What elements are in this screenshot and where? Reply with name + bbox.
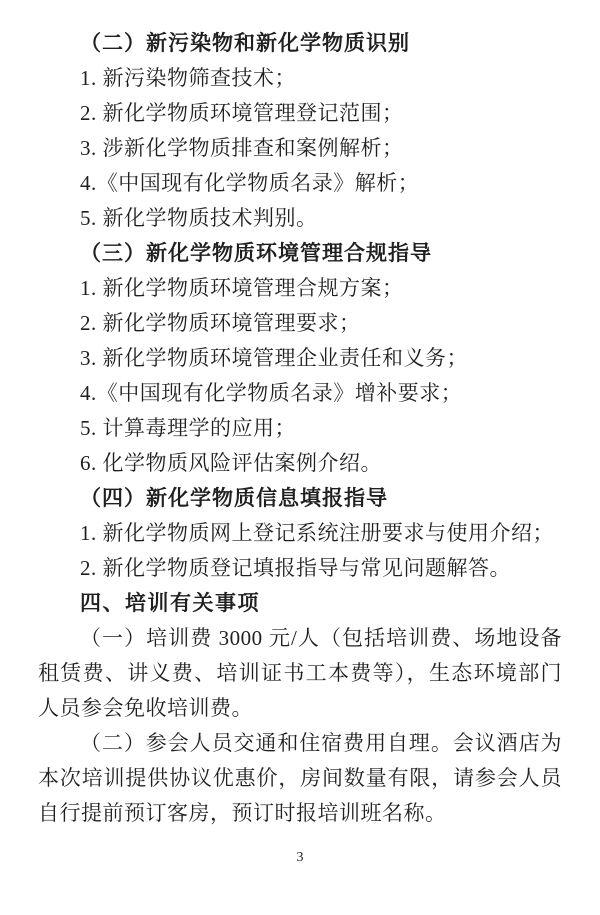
list-item: 2. 新化学物质登记填报指导与常见问题解答。	[38, 551, 562, 586]
section-heading-3: （三）新化学物质环境管理合规指导	[38, 236, 562, 271]
list-item: 3. 新化学物质环境管理企业责任和义务；	[38, 341, 562, 376]
document-page: （二）新污染物和新化学物质识别 1. 新污染物筛查技术； 2. 新化学物质环境管…	[0, 0, 600, 915]
list-item: 6. 化学物质风险评估案例介绍。	[38, 446, 562, 481]
paragraph: （二）参会人员交通和住宿费用自理。会议酒店为本次培训提供协议优惠价，房间数量有限…	[38, 726, 562, 831]
list-item: 1. 新化学物质网上登记系统注册要求与使用介绍；	[38, 516, 562, 551]
list-item: 5. 新化学物质技术判别。	[38, 201, 562, 236]
list-item: 2. 新化学物质环境管理要求；	[38, 306, 562, 341]
section-heading-4: （四）新化学物质信息填报指导	[38, 481, 562, 516]
section-heading-2: （二）新污染物和新化学物质识别	[38, 26, 562, 61]
list-item: 4.《中国现有化学物质名录》增补要求；	[38, 376, 562, 411]
paragraph: （一）培训费 3000 元/人（包括培训费、场地设备租赁费、讲义费、培训证书工本…	[38, 621, 562, 726]
list-item: 5. 计算毒理学的应用；	[38, 411, 562, 446]
list-item: 4.《中国现有化学物质名录》解析；	[38, 166, 562, 201]
page-number: 3	[0, 851, 600, 865]
list-item: 2. 新化学物质环境管理登记范围；	[38, 96, 562, 131]
chapter-heading-4: 四、培训有关事项	[38, 586, 562, 621]
list-item: 3. 涉新化学物质排查和案例解析；	[38, 131, 562, 166]
list-item: 1. 新化学物质环境管理合规方案；	[38, 271, 562, 306]
list-item: 1. 新污染物筛查技术；	[38, 61, 562, 96]
